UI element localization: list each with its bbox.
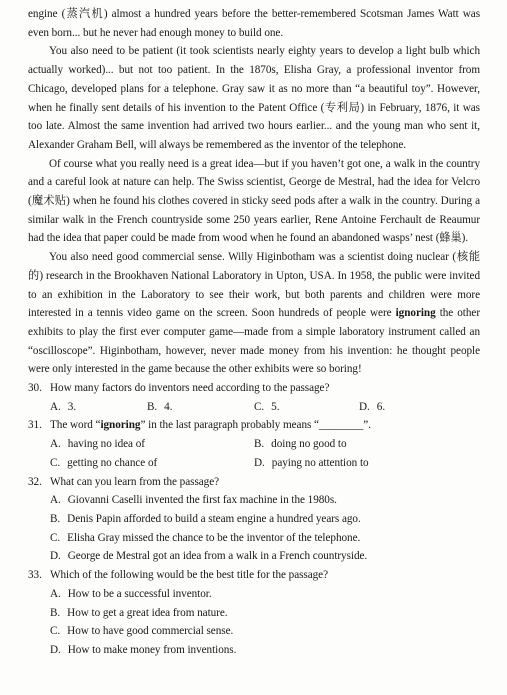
option-text: Giovanni Caselli invented the first fax …	[68, 494, 337, 506]
text-run: Which of the following would be the best…	[50, 569, 328, 581]
question-text: The word “ignoring” in the last paragrap…	[50, 416, 480, 435]
option-label: A.	[50, 438, 61, 450]
question-number: 32.	[28, 473, 50, 492]
option-label: A.	[50, 588, 61, 600]
option-d: D.How to make money from inventions.	[50, 641, 480, 660]
option-text: Denis Papin afforded to build a steam en…	[67, 513, 361, 525]
option-text: 3.	[68, 401, 76, 413]
option-label: C.	[50, 457, 60, 469]
option-label: D.	[359, 401, 370, 413]
question-stem: 33.Which of the following would be the b…	[28, 566, 480, 585]
passage-paragraph-3: Of course what you really need is a grea…	[28, 155, 480, 249]
option-c: C.How to have good commercial sense.	[50, 622, 480, 641]
question-text: What can you learn from the passage?	[50, 473, 480, 492]
question-text: How many factors do inventors need accor…	[50, 379, 480, 398]
passage-paragraph-2: You also need to be patient (it took sci…	[28, 42, 480, 154]
text-run: Of course what you really need is a grea…	[28, 158, 480, 245]
option-a: A.Giovanni Caselli invented the first fa…	[50, 491, 480, 510]
option-label: C.	[254, 401, 264, 413]
text-run: How many factors do inventors need accor…	[50, 382, 329, 394]
option-a: A.having no idea of	[50, 435, 254, 454]
question-stem: 31.The word “ignoring” in the last parag…	[28, 416, 480, 435]
option-label: D.	[50, 644, 61, 656]
option-c: C.Elisha Gray missed the chance to be th…	[50, 529, 480, 548]
options-group: A.3.B.4.C.5.D.6.	[50, 398, 480, 417]
question-32: 32.What can you learn from the passage?A…	[28, 473, 480, 567]
option-label: A.	[50, 401, 61, 413]
question-stem: 32.What can you learn from the passage?	[28, 473, 480, 492]
option-text: doing no good to	[271, 438, 346, 450]
option-text: Elisha Gray missed the chance to be the …	[67, 532, 360, 544]
option-text: 4.	[164, 401, 172, 413]
option-text: 6.	[377, 401, 385, 413]
option-b: B.Denis Papin afforded to build a steam …	[50, 510, 480, 529]
option-label: D.	[50, 550, 61, 562]
option-label: B.	[147, 401, 157, 413]
question-text: Which of the following would be the best…	[50, 566, 480, 585]
option-a: A.How to be a successful inventor.	[50, 585, 480, 604]
question-stem: 30.How many factors do inventors need ac…	[28, 379, 480, 398]
option-text: paying no attention to	[272, 457, 369, 469]
option-d: D.6.	[359, 398, 480, 417]
option-b: B.4.	[147, 398, 254, 417]
option-d: D.paying no attention to	[254, 454, 480, 473]
text-run: You also need to be patient (it took sci…	[28, 45, 480, 151]
option-c: C.5.	[254, 398, 359, 417]
passage-paragraph-4: You also need good commercial sense. Wil…	[28, 248, 480, 379]
option-text: How to make money from inventions.	[68, 644, 237, 656]
question-list: 30.How many factors do inventors need ac…	[28, 379, 480, 660]
option-b: B.doing no good to	[254, 435, 480, 454]
text-run: What can you learn from the passage?	[50, 476, 219, 488]
bold-term: ignoring	[100, 419, 140, 431]
bold-term: ignoring	[396, 307, 436, 319]
exam-page: engine (蒸汽机) almost a hundred years befo…	[0, 0, 507, 695]
text-run: ” in the last paragraph probably means “…	[140, 419, 371, 431]
option-label: B.	[50, 607, 60, 619]
option-text: How to be a successful inventor.	[68, 588, 212, 600]
option-a: A.3.	[50, 398, 147, 417]
option-label: B.	[50, 513, 60, 525]
question-number: 33.	[28, 566, 50, 585]
question-number: 31.	[28, 416, 50, 435]
options-group: A.Giovanni Caselli invented the first fa…	[50, 491, 480, 566]
option-text: How to have good commercial sense.	[67, 625, 233, 637]
option-text: George de Mestral got an idea from a wal…	[68, 550, 367, 562]
options-group: A.How to be a successful inventor.B.How …	[50, 585, 480, 660]
option-c: C.getting no chance of	[50, 454, 254, 473]
option-label: C.	[50, 625, 60, 637]
text-run: engine (蒸汽机) almost a hundred years befo…	[28, 8, 480, 39]
question-30: 30.How many factors do inventors need ac…	[28, 379, 480, 416]
option-text: 5.	[271, 401, 279, 413]
option-text: getting no chance of	[67, 457, 157, 469]
question-33: 33.Which of the following would be the b…	[28, 566, 480, 660]
reading-passage: engine (蒸汽机) almost a hundred years befo…	[28, 5, 480, 379]
option-text: having no idea of	[68, 438, 145, 450]
passage-paragraph-1: engine (蒸汽机) almost a hundred years befo…	[28, 5, 480, 42]
options-group: A.having no idea ofB.doing no good toC.g…	[50, 435, 480, 472]
option-b: B.How to get a great idea from nature.	[50, 604, 480, 623]
option-label: B.	[254, 438, 264, 450]
option-label: A.	[50, 494, 61, 506]
option-d: D.George de Mestral got an idea from a w…	[50, 547, 480, 566]
option-label: C.	[50, 532, 60, 544]
question-number: 30.	[28, 379, 50, 398]
text-run: The word “	[50, 419, 100, 431]
option-label: D.	[254, 457, 265, 469]
question-31: 31.The word “ignoring” in the last parag…	[28, 416, 480, 472]
option-text: How to get a great idea from nature.	[67, 607, 227, 619]
